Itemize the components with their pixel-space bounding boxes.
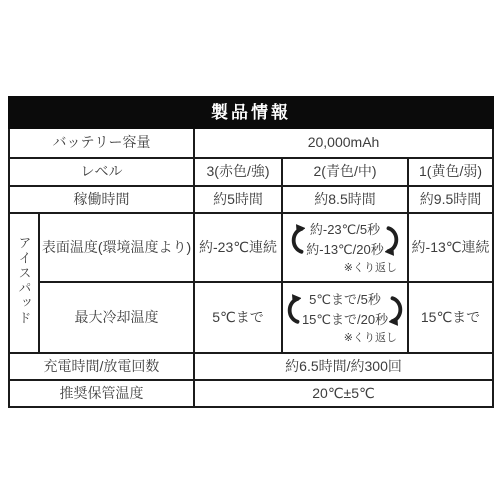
operating-time-label: 稼働時間 — [9, 186, 194, 213]
cycle-arrow-right-icon — [389, 291, 407, 329]
max-cooling-cycle-line2: 15℃まで/20秒 — [302, 310, 388, 330]
surface-temp-cycle-line1: 約-23℃/5秒 — [306, 220, 383, 240]
level-weak: 1(黄色/弱) — [408, 158, 493, 186]
operating-time-row: 稼働時間 約5時間 約8.5時間 約9.5時間 — [9, 186, 493, 213]
operating-time-strong: 約5時間 — [194, 186, 282, 213]
table-title: 製品情報 — [9, 97, 493, 128]
surface-temp-repeat-note: ※くり返し — [283, 262, 407, 275]
level-row: レベル 3(赤色/強) 2(青色/中) 1(黄色/弱) — [9, 158, 493, 186]
surface-temp-strong: 約-23℃連続 — [194, 213, 282, 282]
max-cooling-label: 最大冷却温度 — [39, 282, 194, 353]
title-row: 製品情報 — [9, 97, 493, 128]
level-mid: 2(青色/中) — [282, 158, 408, 186]
surface-temp-cycle: 約-23℃/5秒 約-13℃/20秒 — [283, 220, 407, 260]
cycle-arrow-left-icon — [287, 221, 305, 259]
operating-time-weak: 約9.5時間 — [408, 186, 493, 213]
max-cooling-cycle-cell: 5℃まで/5秒 15℃まで/20秒 ※くり返し — [282, 282, 408, 353]
battery-value: 20,000mAh — [194, 128, 493, 158]
max-cooling-strong: 5℃まで — [194, 282, 282, 353]
storage-label: 推奨保管温度 — [9, 380, 194, 407]
surface-temp-cycle-lines: 約-23℃/5秒 約-13℃/20秒 — [306, 220, 383, 260]
battery-row: バッテリー容量 20,000mAh — [9, 128, 493, 158]
cycle-arrow-right-icon — [385, 221, 403, 259]
charge-row: 充電時間/放電回数 約6.5時間/約300回 — [9, 353, 493, 380]
max-cooling-weak: 15℃まで — [408, 282, 493, 353]
page-canvas: 製品情報 バッテリー容量 20,000mAh レベル 3(赤色/強) 2(青色/… — [0, 0, 500, 500]
storage-row: 推奨保管温度 20℃±5℃ — [9, 380, 493, 407]
surface-temp-row: アイスパッド 表面温度(環境温度より) 約-23℃連続 約-23℃/5秒 — [9, 213, 493, 282]
surface-temp-weak: 約-13℃連続 — [408, 213, 493, 282]
ice-pad-group-label: アイスパッド — [18, 236, 31, 326]
max-cooling-cycle-lines: 5℃まで/5秒 15℃まで/20秒 — [302, 290, 388, 330]
max-cooling-cycle: 5℃まで/5秒 15℃まで/20秒 — [283, 290, 407, 330]
charge-label: 充電時間/放電回数 — [9, 353, 194, 380]
max-cooling-repeat-note: ※くり返し — [283, 332, 407, 345]
level-strong: 3(赤色/強) — [194, 158, 282, 186]
operating-time-mid: 約8.5時間 — [282, 186, 408, 213]
product-info-table: 製品情報 バッテリー容量 20,000mAh レベル 3(赤色/強) 2(青色/… — [8, 96, 494, 408]
surface-temp-cycle-cell: 約-23℃/5秒 約-13℃/20秒 ※くり返し — [282, 213, 408, 282]
ice-pad-group-cell: アイスパッド — [9, 213, 39, 353]
max-cooling-row: 最大冷却温度 5℃まで 5℃まで/5秒 15℃まで/20秒 — [9, 282, 493, 353]
surface-temp-label: 表面温度(環境温度より) — [39, 213, 194, 282]
battery-label: バッテリー容量 — [9, 128, 194, 158]
level-label: レベル — [9, 158, 194, 186]
charge-value: 約6.5時間/約300回 — [194, 353, 493, 380]
storage-value: 20℃±5℃ — [194, 380, 493, 407]
cycle-arrow-left-icon — [283, 291, 301, 329]
surface-temp-cycle-line2: 約-13℃/20秒 — [306, 240, 383, 260]
max-cooling-cycle-line1: 5℃まで/5秒 — [302, 290, 388, 310]
